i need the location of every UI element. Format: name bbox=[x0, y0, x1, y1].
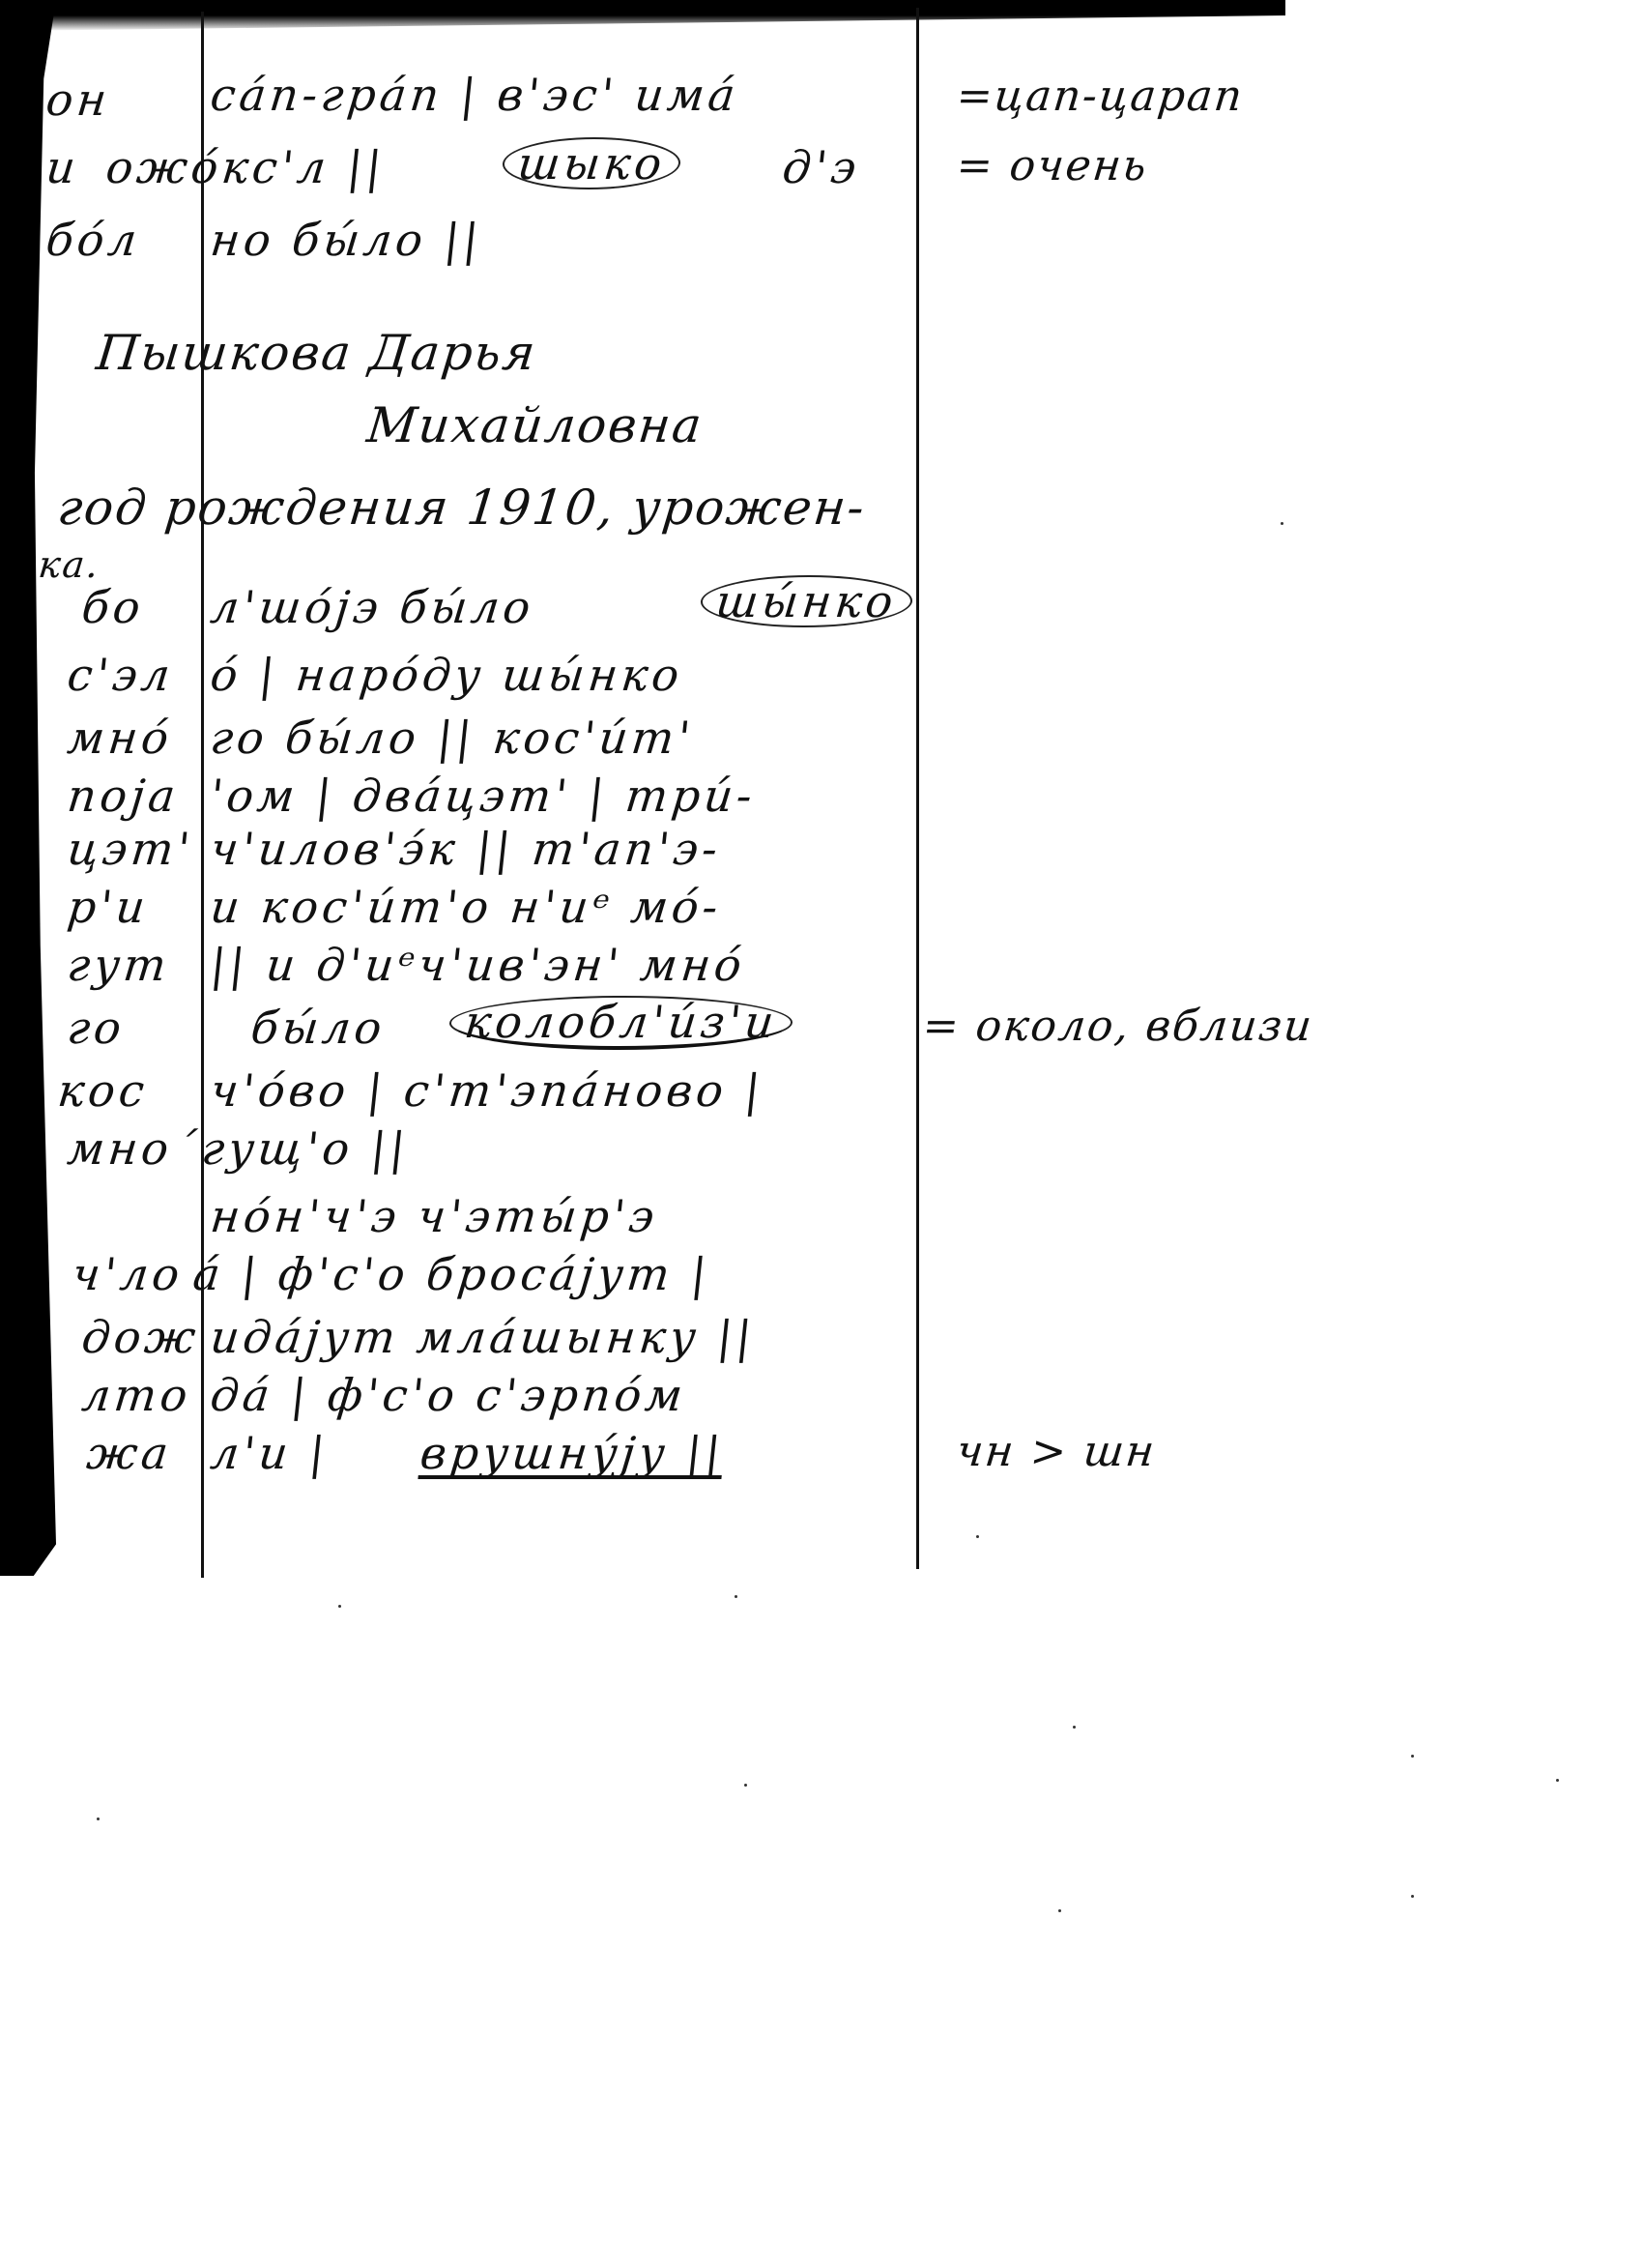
margin-word: он bbox=[44, 77, 113, 122]
circled-word: шы́нко bbox=[698, 575, 914, 627]
transcription-word: д'э bbox=[781, 145, 862, 189]
transcription-line: л'и | bbox=[209, 1431, 331, 1475]
speaker-name: Пышкова Дарья bbox=[94, 329, 539, 377]
scan-speck bbox=[1411, 1755, 1414, 1758]
scan-speck bbox=[744, 1784, 747, 1787]
scan-speck bbox=[1073, 1726, 1076, 1729]
transcription-line: и кос'и́т'о н'иᵉ мо́- bbox=[209, 885, 724, 929]
transcription-line: бы́ло bbox=[249, 1005, 388, 1050]
margin-word: бо bbox=[80, 585, 147, 629]
scan-speck bbox=[1058, 1909, 1061, 1912]
circled-word: шыко bbox=[500, 137, 683, 189]
scan-speck bbox=[1281, 522, 1283, 525]
notebook-margin-line-right bbox=[916, 8, 919, 1569]
gloss-note: = около, вблизи bbox=[921, 1005, 1315, 1048]
transcription-line: го бы́ло || кос'и́т' bbox=[209, 715, 697, 760]
gloss-note: = очень bbox=[955, 145, 1150, 188]
transcription-line: са́п-гра́п | в'эс' има́ bbox=[209, 73, 741, 117]
margin-word: мно bbox=[66, 1126, 175, 1171]
underlined-word: вруш­ну́ју || bbox=[418, 1431, 726, 1479]
transcription-line: ́гущ'о || bbox=[196, 1126, 412, 1171]
transcription-line: ож­о́кс'л || bbox=[104, 145, 388, 189]
scan-top-border bbox=[0, 0, 1285, 12]
margin-word: бо́л bbox=[44, 218, 143, 262]
margin-word: поја bbox=[66, 773, 182, 818]
scan-speck bbox=[97, 1817, 100, 1820]
transcription-line: но бы́ло || bbox=[209, 218, 485, 262]
transcription-line: а́ | ф'с'о броса́јут | bbox=[191, 1252, 712, 1296]
transcription-line: || и д'иᵉч'ив'эн' мно́ bbox=[209, 943, 748, 987]
scan-speck bbox=[735, 1595, 737, 1598]
speaker-patronymic: Михайловна bbox=[364, 401, 706, 450]
margin-word: цэт' bbox=[66, 827, 196, 871]
circled-word: колобл'и́з'и bbox=[447, 996, 795, 1050]
scan-speck bbox=[1411, 1895, 1414, 1898]
transcription-line: да́ | ф'с'о с'эрпо́м bbox=[209, 1373, 689, 1417]
margin-word: кос bbox=[56, 1068, 151, 1113]
transcription-line: л'шо́јэ бы́ло bbox=[209, 585, 536, 629]
scan-speck bbox=[338, 1605, 341, 1608]
margin-word: с'эл bbox=[66, 653, 176, 697]
margin-word: ч'ло bbox=[71, 1252, 186, 1296]
speaker-birth-year-end: ка. bbox=[37, 546, 101, 583]
margin-word: жа bbox=[85, 1431, 175, 1475]
scan-speck bbox=[1556, 1779, 1559, 1782]
margin-word: гут bbox=[66, 943, 172, 987]
speaker-birth-year: год рождения 1910, урожен- bbox=[55, 483, 868, 532]
scan-top-shadow bbox=[0, 12, 1285, 31]
transcription-line: ч'илов'э́к || т'ап'э- bbox=[209, 827, 724, 871]
margin-word: р'и bbox=[66, 885, 152, 929]
margin-word: мно́ bbox=[66, 715, 175, 760]
margin-word: и bbox=[44, 145, 81, 189]
transcription-line: о́ | наро́ду шы́нко bbox=[209, 653, 685, 697]
gloss-note: =цап-царап bbox=[955, 75, 1246, 118]
margin-word: го bbox=[66, 1005, 128, 1050]
notebook-margin-line-left bbox=[201, 12, 204, 1578]
transcription-line: ида́јут мла́шынку || bbox=[209, 1315, 758, 1359]
scan-speck bbox=[976, 1535, 979, 1538]
margin-word: дож bbox=[80, 1315, 202, 1359]
margin-word: лто bbox=[80, 1373, 193, 1417]
gloss-note: чн > шн bbox=[955, 1431, 1158, 1473]
transcription-line: ч'о́во | с'т'эпа́ново | bbox=[209, 1068, 766, 1113]
transcription-line: 'ом | два́цэт' | три́- bbox=[209, 773, 759, 818]
transcription-line: но́н'ч'э ч'эты́р'э bbox=[209, 1194, 660, 1238]
